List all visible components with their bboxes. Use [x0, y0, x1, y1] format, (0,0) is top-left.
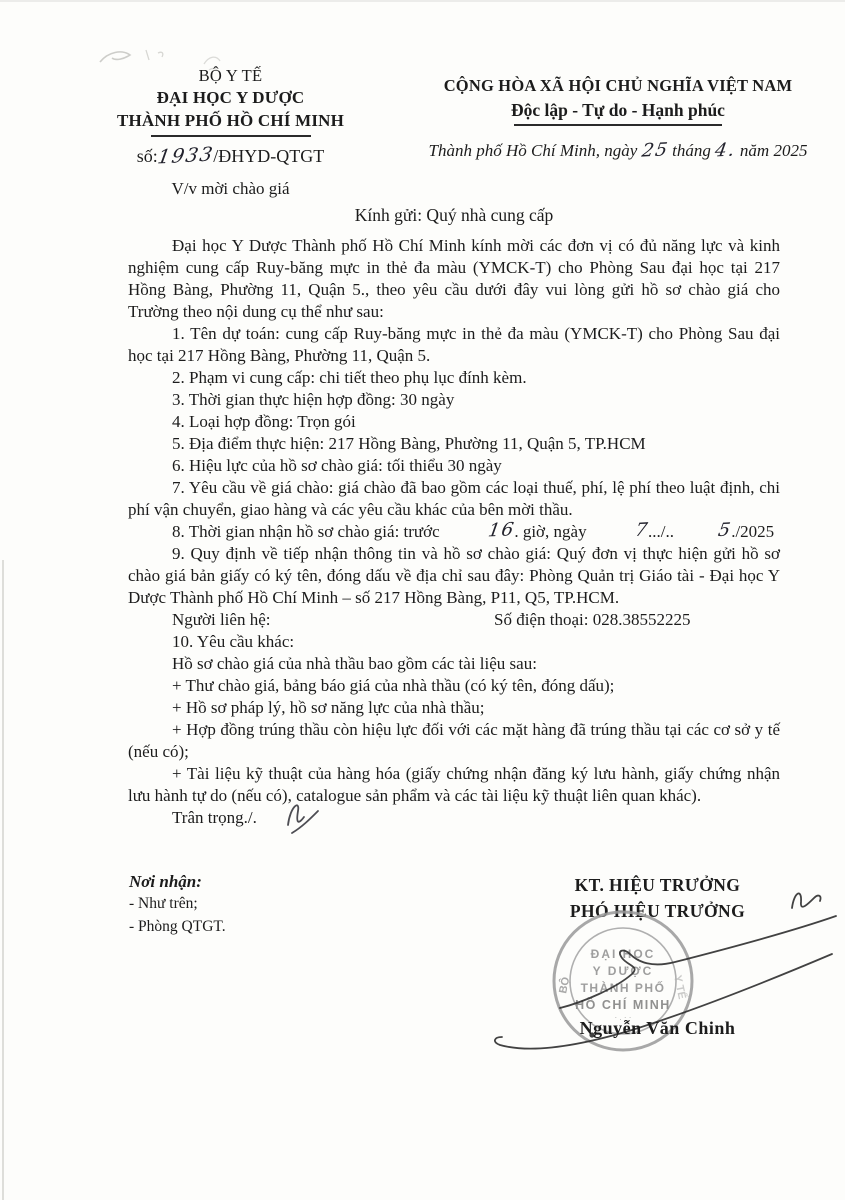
item-5: 5. Địa điểm thực hiện: 217 Hồng Bàng, Ph…	[128, 433, 780, 455]
item-8-hour-handwritten: 16	[442, 521, 516, 543]
scan-edge-artifact	[2, 560, 4, 1200]
scanned-letter-page: BỘ Y TẾ ĐẠI HỌC Y DƯỢC THÀNH PHỐ HỒ CHÍ …	[0, 0, 845, 1200]
intro-paragraph: Đại học Y Dược Thành phố Hồ Chí Minh kín…	[128, 235, 780, 323]
item-8-suffix: ./2025	[731, 522, 774, 541]
item-9: 9. Quy định về tiếp nhận thông tin và hồ…	[128, 543, 780, 609]
issuing-org-header: BỘ Y TẾ ĐẠI HỌC Y DƯỢC THÀNH PHỐ HỒ CHÍ …	[88, 66, 373, 199]
place-date-prefix: Thành phố Hồ Chí Minh, ngày	[429, 141, 638, 160]
document-number-line: số:1933/ĐHYD-QTGT	[88, 146, 373, 167]
item-8-mid1: . giờ, ngày	[514, 522, 591, 541]
org-underline	[151, 135, 311, 137]
recipient-item: - Như trên;	[129, 892, 226, 915]
motto-underline	[514, 124, 722, 126]
signer-name: Nguyễn Văn Chinh	[470, 1018, 845, 1039]
date-day-handwritten: 25	[640, 141, 670, 161]
contact-phone: Số điện thoại: 028.38552225	[450, 609, 690, 631]
signature-strokes	[440, 858, 840, 1073]
place-date-line: Thành phố Hồ Chí Minh, ngày 25 tháng 4. …	[422, 141, 814, 161]
item-8-mid2: .../..	[648, 522, 674, 541]
bullet-4: + Tài liệu kỹ thuật của hàng hóa (giấy c…	[128, 763, 780, 807]
item-6: 6. Hiệu lực của hồ sơ chào giá: tối thiể…	[128, 455, 780, 477]
handwritten-initial-icon	[278, 795, 330, 839]
scan-edge-artifact-top	[0, 0, 845, 2]
letter-body: Kính gửi: Quý nhà cung cấp Đại học Y Dượ…	[128, 204, 780, 829]
document-number-label: số:	[137, 146, 158, 166]
org-name-line1: ĐẠI HỌC Y DƯỢC	[88, 86, 373, 109]
national-motto: Độc lập - Tự do - Hạnh phúc	[422, 100, 814, 121]
contact-line: Người liên hệ: Số điện thoại: 028.385522…	[128, 609, 780, 631]
item-7: 7. Yêu cầu về giá chào: giá chào đã bao …	[128, 477, 780, 521]
item-3: 3. Thời gian thực hiện hợp đồng: 30 ngày	[128, 389, 780, 411]
bullet-1: + Thư chào giá, bảng báo giá của nhà thầ…	[128, 675, 780, 697]
closing-line: Trân trọng./.	[128, 807, 780, 829]
place-date-mid: tháng	[672, 141, 711, 160]
docs-intro: Hồ sơ chào giá của nhà thầu bao gồm các …	[128, 653, 780, 675]
closing-text: Trân trọng./.	[172, 808, 257, 827]
place-date-suffix: năm 2025	[740, 141, 808, 160]
item-8-day-handwritten: 7	[589, 522, 650, 543]
salutation: Kính gửi: Quý nhà cung cấp	[128, 204, 780, 226]
national-header: CỘNG HÒA XÃ HỘI CHỦ NGHĨA VIỆT NAM Độc l…	[422, 76, 814, 161]
item-8: 8. Thời gian nhận hồ sơ chào giá: trước …	[128, 521, 780, 543]
org-name-line2: THÀNH PHỐ HỒ CHÍ MINH	[88, 109, 373, 132]
national-title: CỘNG HÒA XÃ HỘI CHỦ NGHĨA VIỆT NAM	[422, 76, 814, 96]
item-4: 4. Loại hợp đồng: Trọn gói	[128, 411, 780, 433]
item-8-prefix: 8. Thời gian nhận hồ sơ chào giá: trước	[172, 522, 444, 541]
bullet-3: + Hợp đồng trúng thầu còn hiệu lực đối v…	[128, 719, 780, 763]
item-10: 10. Yêu cầu khác:	[128, 631, 780, 653]
date-month-handwritten: 4.	[714, 141, 738, 160]
document-number-suffix: /ĐHYD-QTGT	[213, 146, 324, 166]
recipients-block: Nơi nhận: - Như trên; - Phòng QTGT.	[129, 872, 226, 938]
recipient-item: - Phòng QTGT.	[129, 915, 226, 938]
recipients-label: Nơi nhận:	[129, 872, 226, 892]
item-1: 1. Tên dự toán: cung cấp Ruy-băng mực in…	[128, 323, 780, 367]
ministry-name: BỘ Y TẾ	[88, 66, 373, 86]
subject-line: V/v mời chào giá	[88, 179, 373, 199]
document-number-handwritten: 1933	[156, 145, 215, 167]
contact-person-label: Người liên hệ:	[172, 610, 270, 629]
bullet-2: + Hồ sơ pháp lý, hồ sơ năng lực của nhà …	[128, 697, 780, 719]
item-2: 2. Phạm vi cung cấp: chi tiết theo phụ l…	[128, 367, 780, 389]
item-8-month-handwritten: 5	[672, 522, 733, 543]
